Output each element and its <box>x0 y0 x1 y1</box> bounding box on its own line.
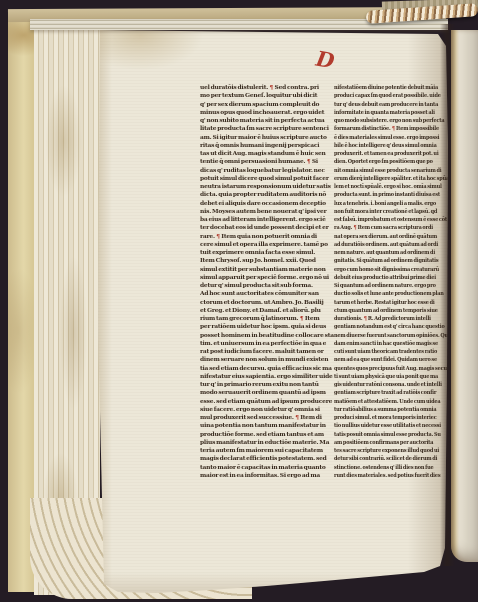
text-line: minus opus quod inchoauerat. ergo uidet <box>200 109 336 117</box>
pilcrow-rubric-mark: ¶ <box>391 125 395 132</box>
text-line: tarum et herbe. Restat igitur hoc esse d… <box>334 299 448 307</box>
text-line: ctum quantum ad ordinem temporis siue <box>334 307 448 315</box>
text-line: lux a tenebris. i. boni angeli a malis. … <box>334 200 448 208</box>
text-line: simul apparuit per speciē forme. ergo nō… <box>200 274 336 282</box>
text-line: modo seruauerit ordinem quantū ad ipsm <box>200 389 336 397</box>
text-line: magis declarat efficientis potestatem. s… <box>200 455 336 463</box>
text-line: nifestatur eius sapientia. ergo similite… <box>200 373 336 381</box>
text-line: producta sunt. in primo instanti diuisa … <box>334 191 448 199</box>
text-line: per ratiōem uidetur hoc ipsm. quia si de… <box>200 323 336 331</box>
text-column-right: nifestatiōem diuine potentie debuit māia… <box>334 84 448 482</box>
text-line: q' per sex dierum spacium compleuit do <box>200 101 336 109</box>
text-line: rare. ¶ Item quia non potuerit omnia di <box>200 233 336 241</box>
text-line: ad duratiōis ordinem. aut quātum ad ordi <box>334 241 448 249</box>
text-line: tim. et uniuersum in ea perfectiōe in qu… <box>200 340 336 348</box>
manuscript-page: D uel duratōis distulerit. ¶ Sed contra.… <box>98 24 450 594</box>
text-line: tes sacre scripture exponens illud quod … <box>334 447 448 455</box>
text-line: tio nullius uidetur esse utilitatis et n… <box>334 422 448 430</box>
page-gap-shadow <box>440 24 456 566</box>
text-line: ergo cum homo sit dignissima creaturarū <box>334 266 448 274</box>
text-line: gnitatis. Si quātum ad ordinem dignitati… <box>334 257 448 265</box>
text-line: nis. Moyses autem bene nouerat q' ipsi v… <box>200 208 336 216</box>
text-line: simul extitit per substantiam materie no… <box>200 266 336 274</box>
text-line: nem nature. aut quantum ad ordinem di <box>334 249 448 257</box>
text-line: nem diuerse fuerunt sanctorum opiniōes. … <box>334 332 448 340</box>
pilcrow-rubric-mark: ¶ <box>295 414 300 421</box>
text-line: gentiam scripture traxit ad ratiōis conf… <box>334 389 448 397</box>
text-line: tur q' in primario rerum exitu non tantū <box>200 381 336 389</box>
text-line: am positiōem confirmans per auctorita <box>334 439 448 447</box>
text-line: produci simul. et mora temporis interiec <box>334 414 448 422</box>
text-line: est falsū. improbatum et ostensum ē esse… <box>334 216 448 224</box>
text-line: dicas q' ruditas loquebatur legislator. … <box>200 167 336 175</box>
text-line: formarum distinctiōe. ¶ Item impossibile <box>334 125 448 133</box>
text-line: runt dies materiales. sed potius fuerit … <box>334 472 448 480</box>
text-line: gentiam notandum est q' circa hanc quest… <box>334 323 448 331</box>
text-line: tuit exprimere omnia facta esse simul. <box>200 249 336 257</box>
text-line: tanto maior ē capacitas in materia quant… <box>200 464 336 472</box>
text-line: nit omnia simul esse producta senarium d… <box>334 167 448 175</box>
pilcrow-rubric-mark: ¶ <box>363 315 367 322</box>
text-line: produxerit. et tamen ea produxerit pot. … <box>334 150 448 158</box>
text-line: detur sibi contrariū. scilicet de dierum… <box>334 455 448 463</box>
text-line: teria autem ſm maiorem sui capacitatem <box>200 447 336 455</box>
text-line: nat opera sex dierum. aut ordinē quātum <box>334 233 448 241</box>
quire-mark: D <box>312 46 338 75</box>
text-line: nem ad ea que sunt fidei. Quidam uero se <box>334 356 448 364</box>
text-line: rat post iudicium facere. maluit tamen o… <box>200 348 336 356</box>
text-line: ba eius ad litteram intelligerent. ergo … <box>200 216 336 224</box>
text-line: dien. Oportet ergo ſm positiōem que po <box>334 158 448 166</box>
text-line: quentes quos precipuus fuit Aug. magis s… <box>334 365 448 373</box>
text-line: cuti sunt uiam theoricam tradentes ratio <box>334 348 448 356</box>
pilcrow-rubric-mark: ¶ <box>216 233 221 240</box>
text-line: nifestatiōem diuine potentie debuit māia <box>334 84 448 92</box>
text-line: non fuit mora inter creationē et lapsū. … <box>334 208 448 216</box>
pilcrow-rubric-mark: ¶ <box>269 84 274 91</box>
text-line: rium tam grecorum q̄ latinorum. ¶ Item <box>200 315 336 323</box>
text-line: uel duratōis distulerit. ¶ Sed contra. p… <box>200 84 336 92</box>
text-line: erum dierq̄ intelligere spāliter. et ita… <box>334 175 448 183</box>
text-line: posset hominem in beatitudine collocare … <box>200 332 336 340</box>
pilcrow-rubric-mark: ¶ <box>306 158 311 165</box>
text-line: Item Chrysoſ. sup Jo. homel. xxii. Quod <box>200 257 336 265</box>
text-line: cere simul et opera illa exprimere. tamē… <box>200 241 336 249</box>
text-line: et Greg. et Diony. et Damaſ. et aliorū. … <box>200 307 336 315</box>
text-line: detur q' simul producta sit sub forma. <box>200 282 336 290</box>
text-line: esse. sed etiam quātum ad ipsum producer… <box>200 398 336 406</box>
text-line: litate producta ſm sacre scripture sente… <box>200 125 336 133</box>
text-line: debuit eius productio attribui prime die… <box>334 274 448 282</box>
text-line: matiōem et attestatiōem. Unde cum uidea <box>334 398 448 406</box>
text-line: Si quantum ad ordinem nature. ergo pro <box>334 282 448 290</box>
text-line: stinctione. ostendens q' illi dies non f… <box>334 464 448 472</box>
text-line: tur ratiōabilius a summa potentia omnia <box>334 406 448 414</box>
text-line: ctorum et doctorum. ut Ambro. Jo. Basili… <box>200 299 336 307</box>
text-line: tas ut dicit Aug. magis standum ē huic s… <box>200 150 336 158</box>
text-line: informitate in quanta materia posset ali <box>334 109 448 117</box>
text-line: ductio solis et lune ante productionem p… <box>334 290 448 298</box>
text-line: dam enim sancti in hac questiōe magis se <box>334 340 448 348</box>
pilcrow-rubric-mark: ¶ <box>299 315 304 322</box>
text-line: ritas q̄ omnis humani ingenij perspicaci <box>200 142 336 150</box>
text-line: tatis posuit omnia simul esse producta. … <box>334 431 448 439</box>
text-line: tia sed etiam decursu. quia efficacius s… <box>200 365 336 373</box>
text-line: tur q' deus debuit eam producere in tant… <box>334 101 448 109</box>
text-line: q' non subito materia sit in perfecta ac… <box>200 117 336 125</box>
text-column-left: uel duratōis distulerit. ¶ Sed contra. p… <box>200 84 336 482</box>
text-line: neutra istarum responsionum uidetur sati… <box>200 183 336 191</box>
text-line: ti sunt uiam physicā que uia ponit que m… <box>334 373 448 381</box>
text-line: debet ei aliquis dare occasionem decepti… <box>200 200 336 208</box>
text-line: lem et noctī spūalē. ergo si hoc. omīa s… <box>334 183 448 191</box>
text-line: tentie q̄ omni persuasioni humane. ¶ Si <box>200 158 336 166</box>
text-line: productiōe forme. sed etiam tantus et am <box>200 431 336 439</box>
text-line: gis uidentur ratōni consona. unde et int… <box>334 381 448 389</box>
text-line: quo modo subsistere. ergo non sub perfec… <box>334 117 448 125</box>
text-line: dinem seruare non solum in mundi existen <box>200 356 336 364</box>
text-line: ē dies materiales simul esse. ergo impos… <box>334 134 448 142</box>
text-line: ra Aug. ¶ Item cum sacra scriptura ordi <box>334 224 448 232</box>
text-line: dicta. quia propter ruditatem auditoris … <box>200 191 336 199</box>
text-line: maior est in ea informitas. Si ergo ad m… <box>200 472 336 480</box>
text-line: uina potentia non tantum manifestatur in <box>200 422 336 430</box>
text-line: siue facere. ergo non uidetur q' omnia s… <box>200 406 336 414</box>
text-line: plius manifestatur in eductiōe materie. … <box>200 439 336 447</box>
text-line: am. Si igitur maior ē huius scripture au… <box>200 134 336 142</box>
text-line: Ad hoc sunt auctoritates cōmuniter san <box>200 290 336 298</box>
text-line: mo per textum Geneſ. loquitur ubi dicit <box>200 92 336 100</box>
text-line: produci capax ſm quod erat possibile. ui… <box>334 92 448 100</box>
photo-of-open-book: D uel duratōis distulerit. ¶ Sed contra.… <box>0 0 478 602</box>
text-line: potuit simul dicere quod simul potuit fa… <box>200 175 336 183</box>
text-line: bile ē hoc intelligere q' deus simul omn… <box>334 142 448 150</box>
text-line: durationis. ¶ R. Ad predictorum intelli <box>334 315 448 323</box>
text-line: mul produxerit sed successiue. ¶ Item di <box>200 414 336 422</box>
text-line: ter docebat eos id unde possent decipi e… <box>200 224 336 232</box>
pilcrow-rubric-mark: ¶ <box>353 224 357 231</box>
